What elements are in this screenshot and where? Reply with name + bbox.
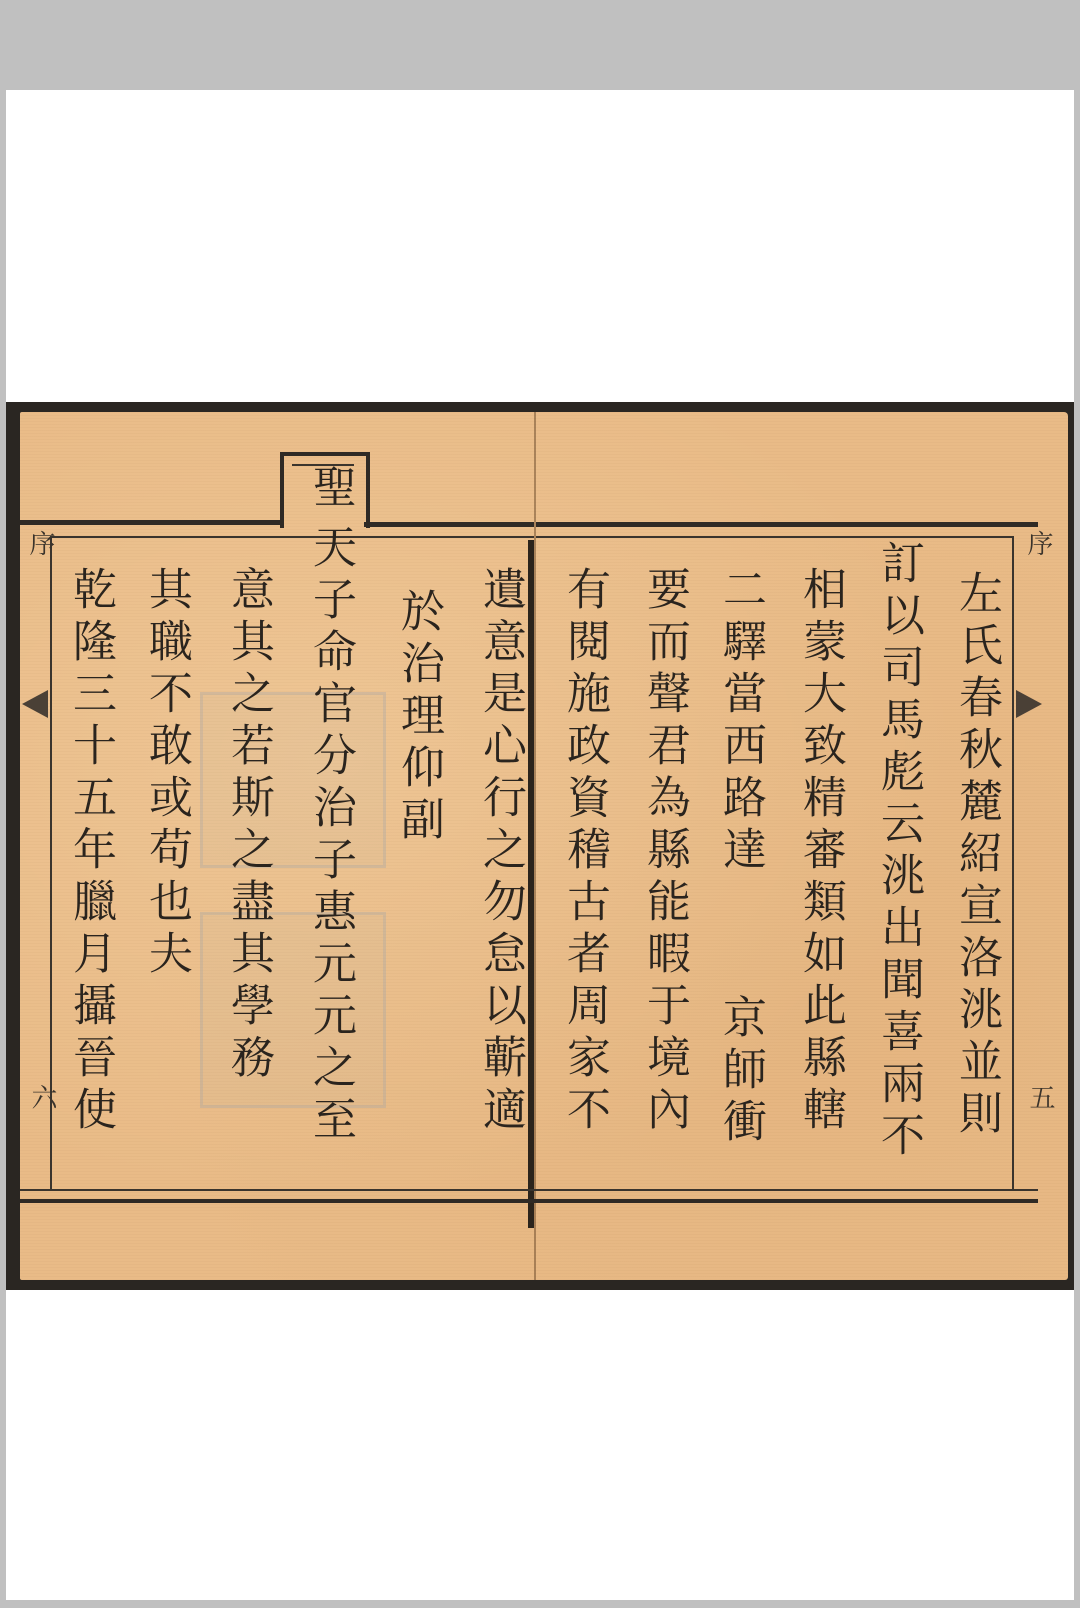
left-margin-title: 序 (22, 530, 59, 556)
top-frame-rule-left-b (364, 522, 534, 527)
text-column-l3-honorific: 聖 (300, 464, 360, 516)
text-column-r4a: 二驛當西路達 (710, 566, 770, 878)
text-column-l4: 意其之若斯之盡其學務 (218, 566, 278, 1086)
text-column-r4b: 京師衝 (710, 994, 770, 1150)
top-frame-rule-left-a (20, 520, 282, 525)
top-inner-rule-left (50, 536, 534, 538)
book-spine-fold (534, 412, 536, 1280)
text-column-l3: 天子命官分治子惠元元之至 (300, 524, 360, 1148)
text-column-r3: 相蒙大致精審類如此縣轄 (790, 566, 850, 1138)
text-column-r5: 要而聲君為縣能暇于境內 (634, 566, 694, 1138)
bottom-frame-rule (20, 1199, 1038, 1203)
top-frame-rule-right (536, 522, 1038, 527)
text-column-r1: 左氏春秋麓紹宣洛洮並則 (946, 570, 1006, 1142)
text-column-l6: 乾隆三十五年臘月攝晉使 (60, 566, 120, 1138)
left-page-number: 六 (24, 1084, 61, 1110)
right-page-number: 五 (1022, 1084, 1059, 1110)
book-paper-spread: 序 五 序 六 左氏春秋麓紹宣洛洮並則 訂以司馬彪云洮出聞喜兩不 相蒙大致精審類… (20, 412, 1068, 1280)
text-column-l5: 其職不敢或苟也夫 (136, 566, 196, 982)
text-column-r6: 有閱施政資稽古者周家不 (554, 566, 614, 1138)
top-inner-rule-right (536, 536, 1012, 538)
fish-tail-ornament-right (1016, 690, 1042, 718)
right-margin-title: 序 (1020, 530, 1057, 556)
text-column-l1: 遺意是心行之勿怠以蘄適 (470, 566, 530, 1138)
right-inner-border (1012, 536, 1014, 1191)
bottom-inner-rule (20, 1189, 1038, 1191)
fish-tail-ornament-left (22, 690, 48, 718)
text-column-l2: 於治理仰副 (388, 588, 448, 848)
text-column-r2: 訂以司馬彪云洮出聞喜兩不 (868, 540, 928, 1164)
book-scan-image: 序 五 序 六 左氏春秋麓紹宣洛洮並則 訂以司馬彪云洮出聞喜兩不 相蒙大致精審類… (6, 402, 1074, 1290)
